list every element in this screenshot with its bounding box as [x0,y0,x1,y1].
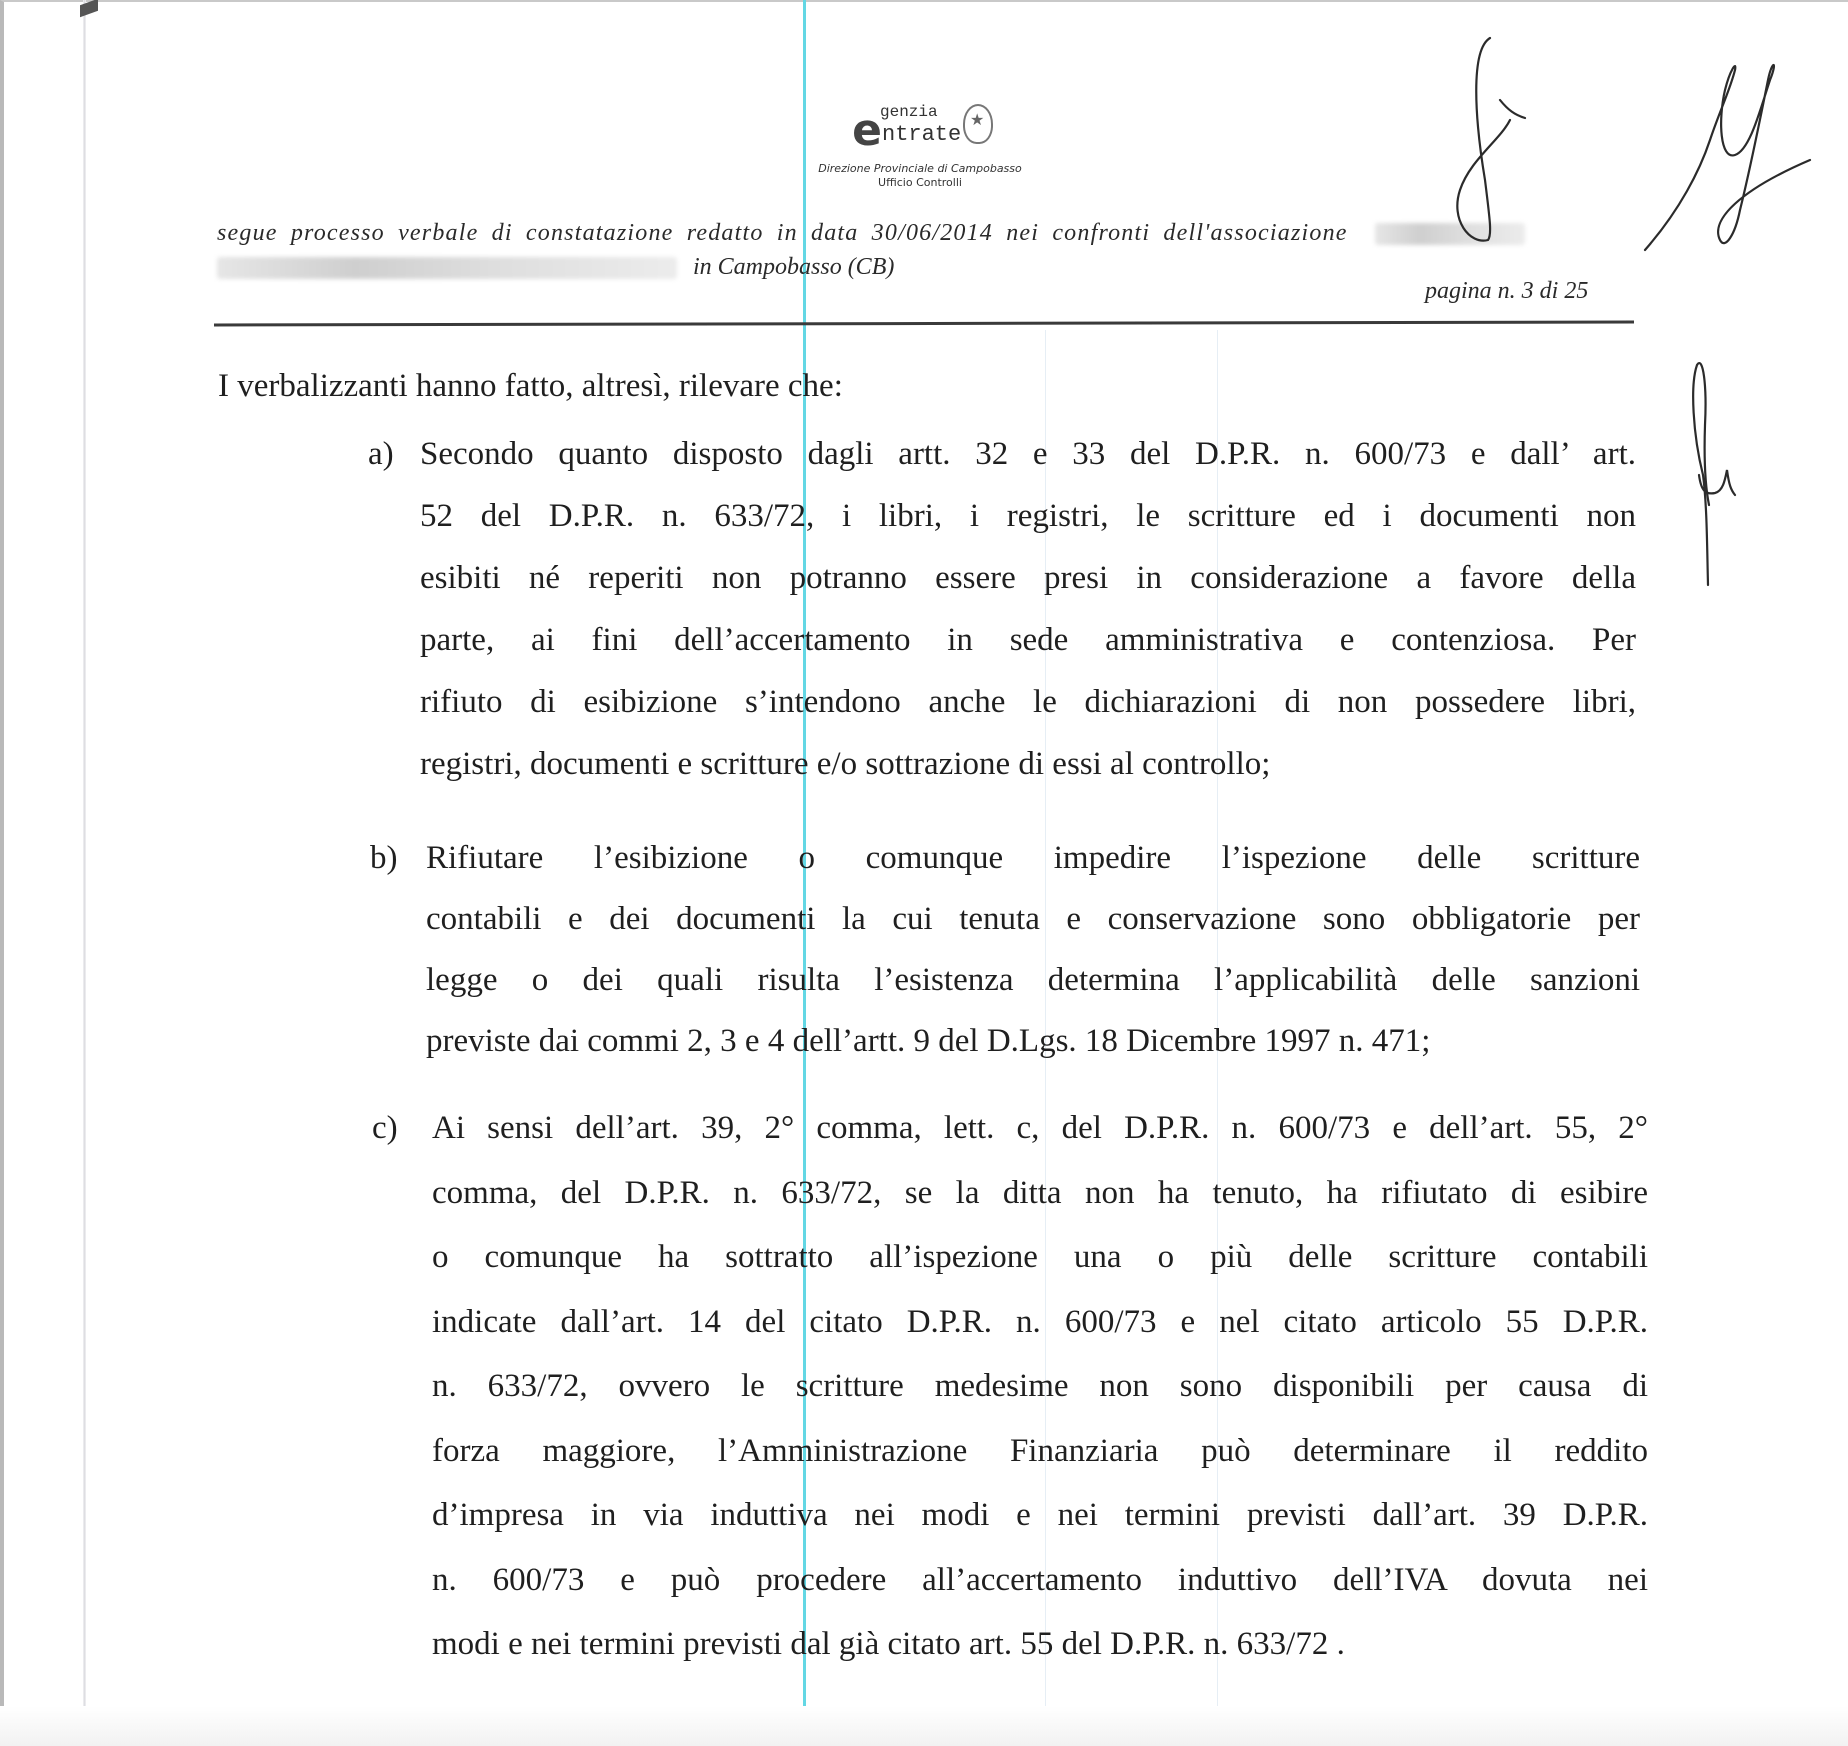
signature-2 [1640,50,1820,275]
signature-3 [1685,345,1765,600]
list-item-text-line: previste dai commi 2, 3 e 4 dell’artt. 9… [426,1023,1640,1063]
list-item-text-line: Ai sensi dell’art. 39, 2° comma, lett. c… [432,1110,1648,1150]
list-item-label: b) [370,840,398,877]
redacted-name [217,257,677,279]
agency-logo: e genzia ntrate Direzione Provinciale di… [785,100,1055,190]
list-item-text-line: registri, documenti e scritture e/o sott… [420,746,1636,786]
binding-stitch-line [83,0,86,1746]
list-item-text-line: modi e nei termini previsti dal già cita… [432,1626,1648,1666]
list-item-text-line: comma, del D.P.R. n. 633/72, se la ditta… [432,1175,1648,1215]
list-item-text-line: contabili e dei documenti la cui tenuta … [426,901,1640,941]
list-item-text-line: o comunque ha sottratto all’ispezione un… [432,1239,1648,1279]
page-number: pagina n. 3 di 25 [1425,278,1588,305]
intro-paragraph: I verbalizzanti hanno fatto, altresì, ri… [218,368,843,405]
page-bottom-shadow [0,1706,1848,1746]
header-location: in Campobasso (CB) [693,254,894,280]
list-item-label: c) [372,1110,398,1147]
header-text: segue processo verbale di constatazione … [217,220,1348,246]
list-item-text-line: legge o dei quali risulta l’esistenza de… [426,962,1640,1002]
list-item-text-line: Secondo quanto disposto dagli artt. 32 e… [420,436,1636,476]
list-item-text-line: parte, ai fini dell’accertamento in sede… [420,622,1636,662]
list-item-text-line: esibiti né reperiti non potranno essere … [420,560,1636,600]
header-line-1: segue processo verbale di constatazione … [217,220,1517,247]
department-name: Ufficio Controlli [785,176,1055,190]
list-item-text-line: Rifiutare l’esibizione o comunque impedi… [426,840,1640,880]
list-item-label: a) [368,436,394,473]
list-item-text-line: 52 del D.P.R. n. 633/72, i libri, i regi… [420,498,1636,538]
logo-line2: ntrate [882,122,961,148]
office-name: Direzione Provinciale di Campobasso [785,162,1055,176]
list-item-text-line: d’impresa in via induttiva nei modi e ne… [432,1497,1648,1537]
list-item-text-line: forza maggiore, l’Amministrazione Finanz… [432,1433,1648,1473]
logo-line1: genzia [880,102,961,122]
header-line-2: in Campobasso (CB) [217,254,1217,281]
list-item-text-line: indicate dall’art. 14 del citato D.P.R. … [432,1304,1648,1344]
list-item-text-line: n. 600/73 e può procedere all’accertamen… [432,1562,1648,1602]
list-item-text-line: n. 633/72, ovvero le scritture medesime … [432,1368,1648,1408]
republic-emblem-icon [963,104,993,144]
list-item-text-line: rifiuto di esibizione s’intendono anche … [420,684,1636,724]
signature-1 [1430,30,1570,255]
